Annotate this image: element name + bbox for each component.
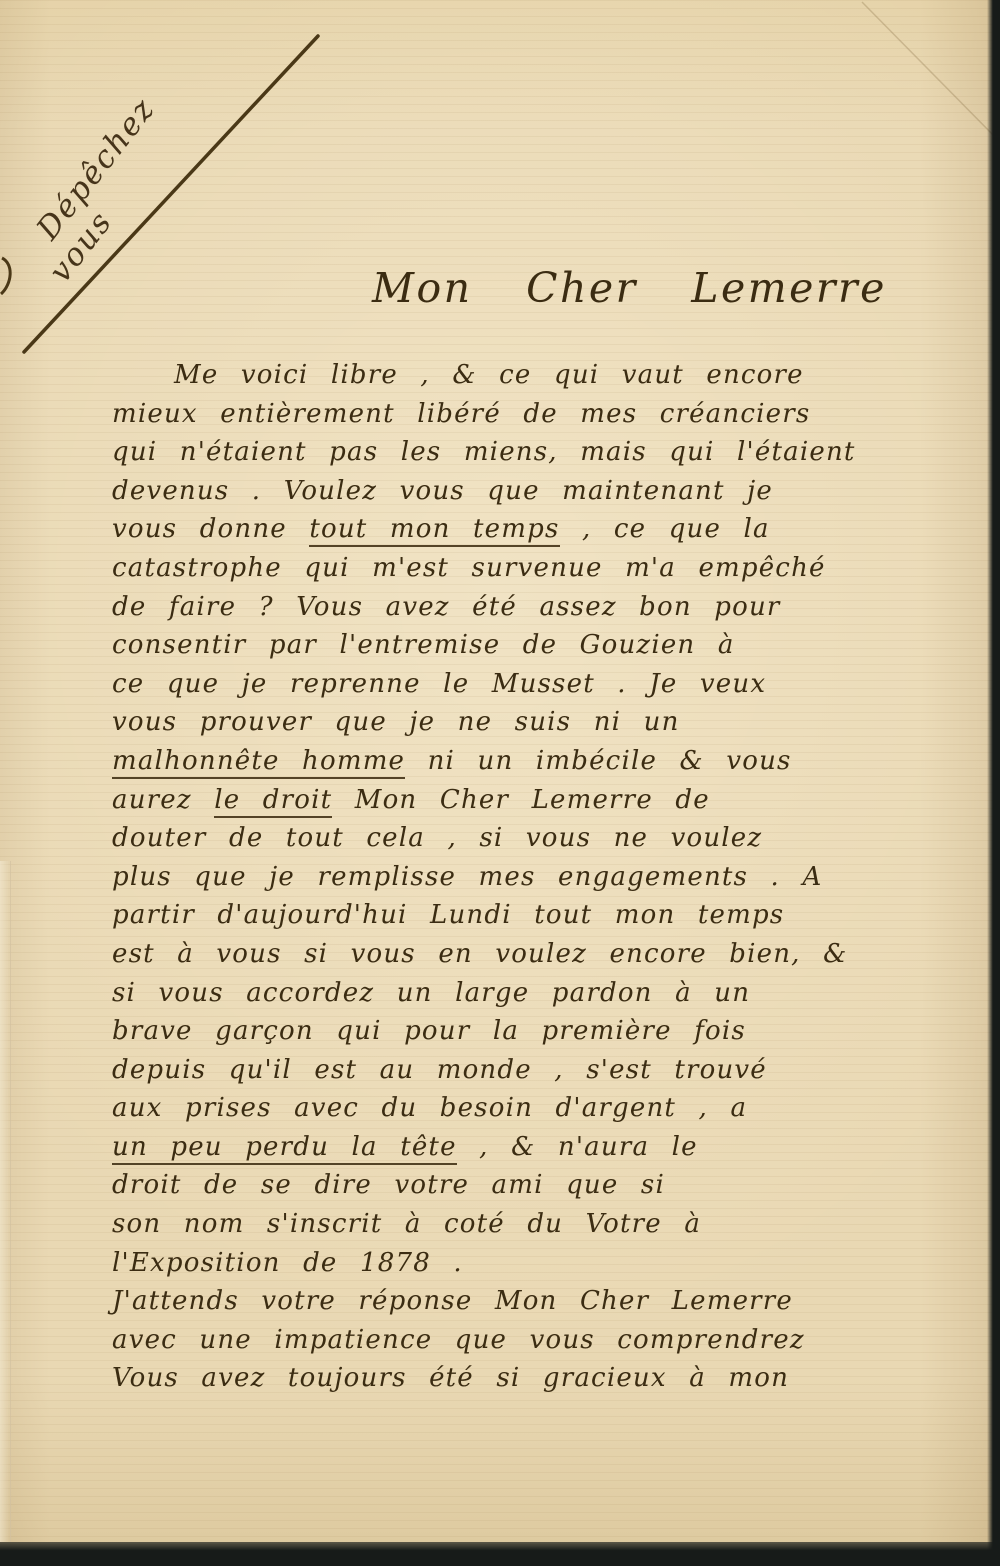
letter-line: de faire ? Vous avez été assez bon pour bbox=[112, 588, 954, 627]
letter-page: Dépêchez vous Mon Cher Lemerre Me voici … bbox=[0, 0, 1000, 1566]
text-segment: aux prises avec du besoin d'argent , a bbox=[112, 1093, 747, 1123]
letter-line: avec une impatience que vous comprendrez bbox=[112, 1321, 954, 1360]
letter-line: plus que je remplisse mes engagements . … bbox=[112, 858, 954, 897]
text-segment: plus que je remplisse mes engagements . … bbox=[112, 862, 822, 892]
paper-crease-line bbox=[862, 2, 998, 140]
text-segment: douter de tout cela , si vous ne voulez bbox=[112, 823, 762, 853]
text-segment: qui n'étaient pas les miens, mais qui l'… bbox=[112, 437, 856, 467]
letter-line: un peu perdu la tête , & n'aura le bbox=[112, 1128, 954, 1167]
text-segment: avec une impatience que vous comprendrez bbox=[112, 1325, 805, 1355]
salutation: Mon Cher Lemerre bbox=[372, 264, 887, 312]
underlined-phrase: malhonnête homme bbox=[112, 746, 405, 779]
text-segment: depuis qu'il est au monde , s'est trouvé bbox=[112, 1055, 767, 1085]
text-segment: son nom s'inscrit à coté du Votre à bbox=[112, 1209, 701, 1239]
letter-line: Vous avez toujours été si gracieux à mon bbox=[112, 1359, 954, 1398]
letter-line: droit de se dire votre ami que si bbox=[112, 1166, 954, 1205]
text-segment: si vous accordez un large pardon à un bbox=[112, 978, 750, 1008]
letter-body: Me voici libre , & ce qui vaut encoremie… bbox=[112, 356, 954, 1398]
letter-line: aurez le droit Mon Cher Lemerre de bbox=[112, 781, 954, 820]
letter-line: ce que je reprenne le Musset . Je veux bbox=[112, 665, 954, 704]
letter-line: si vous accordez un large pardon à un bbox=[112, 974, 954, 1013]
scan-edge-right bbox=[987, 0, 1000, 1566]
letter-line: partir d'aujourd'hui Lundi tout mon temp… bbox=[112, 896, 954, 935]
text-segment: ni un imbécile & vous bbox=[405, 746, 791, 776]
text-segment: , ce que la bbox=[560, 514, 770, 544]
letter-line: vous donne tout mon temps , ce que la bbox=[112, 510, 954, 549]
left-edge-ink-mark bbox=[1, 258, 10, 294]
letter-line: mieux entièrement libéré de mes créancie… bbox=[112, 395, 954, 434]
letter-line: J'attends votre réponse Mon Cher Lemerre bbox=[112, 1282, 954, 1321]
letter-line: catastrophe qui m'est survenue m'a empêc… bbox=[112, 549, 954, 588]
text-segment: J'attends votre réponse Mon Cher Lemerre bbox=[112, 1286, 793, 1316]
text-segment: aurez bbox=[112, 785, 214, 815]
letter-line: devenus . Voulez vous que maintenant je bbox=[112, 472, 954, 511]
text-segment: mieux entièrement libéré de mes créancie… bbox=[112, 399, 810, 429]
letter-line: vous prouver que je ne suis ni un bbox=[112, 703, 954, 742]
underlined-phrase: tout mon temps bbox=[309, 514, 559, 547]
text-segment: brave garçon qui pour la première fois bbox=[112, 1016, 746, 1046]
letter-line: son nom s'inscrit à coté du Votre à bbox=[112, 1205, 954, 1244]
letter-line: aux prises avec du besoin d'argent , a bbox=[112, 1089, 954, 1128]
text-segment: vous donne bbox=[112, 514, 309, 544]
paper-left-edge bbox=[0, 861, 11, 1542]
letter-line: consentir par l'entremise de Gouzien à bbox=[112, 626, 954, 665]
text-segment: droit de se dire votre ami que si bbox=[112, 1170, 665, 1200]
annotation-depechez-vous: Dépêchez vous bbox=[28, 42, 229, 270]
letter-line: douter de tout cela , si vous ne voulez bbox=[112, 819, 954, 858]
letter-line: Me voici libre , & ce qui vaut encore bbox=[112, 356, 954, 395]
text-segment: est à vous si vous en voulez encore bien… bbox=[112, 939, 847, 969]
letter-line: est à vous si vous en voulez encore bien… bbox=[112, 935, 954, 974]
letter-line: malhonnête homme ni un imbécile & vous bbox=[112, 742, 954, 781]
text-segment: l'Exposition de 1878 . bbox=[112, 1248, 463, 1278]
letter-line: l'Exposition de 1878 . bbox=[112, 1244, 954, 1283]
text-segment: , & n'aura le bbox=[457, 1132, 698, 1162]
text-segment: vous prouver que je ne suis ni un bbox=[112, 707, 680, 737]
underlined-phrase: un peu perdu la tête bbox=[112, 1132, 457, 1165]
text-segment: consentir par l'entremise de Gouzien à bbox=[112, 630, 735, 660]
text-segment: de faire ? Vous avez été assez bon pour bbox=[112, 592, 781, 622]
text-segment: Me voici libre , & ce qui vaut encore bbox=[174, 360, 804, 390]
underlined-phrase: le droit bbox=[214, 785, 332, 818]
text-segment: devenus . Voulez vous que maintenant je bbox=[112, 476, 773, 506]
text-segment: catastrophe qui m'est survenue m'a empêc… bbox=[112, 553, 826, 583]
letter-line: qui n'étaient pas les miens, mais qui l'… bbox=[112, 433, 954, 472]
scan-edge-bottom bbox=[0, 1542, 1000, 1566]
text-segment: Vous avez toujours été si gracieux à mon bbox=[112, 1363, 789, 1393]
letter-line: brave garçon qui pour la première fois bbox=[112, 1012, 954, 1051]
text-segment: ce que je reprenne le Musset . Je veux bbox=[112, 669, 766, 699]
letter-line: depuis qu'il est au monde , s'est trouvé bbox=[112, 1051, 954, 1090]
text-segment: Mon Cher Lemerre de bbox=[332, 785, 710, 815]
text-segment: partir d'aujourd'hui Lundi tout mon temp… bbox=[112, 900, 784, 930]
